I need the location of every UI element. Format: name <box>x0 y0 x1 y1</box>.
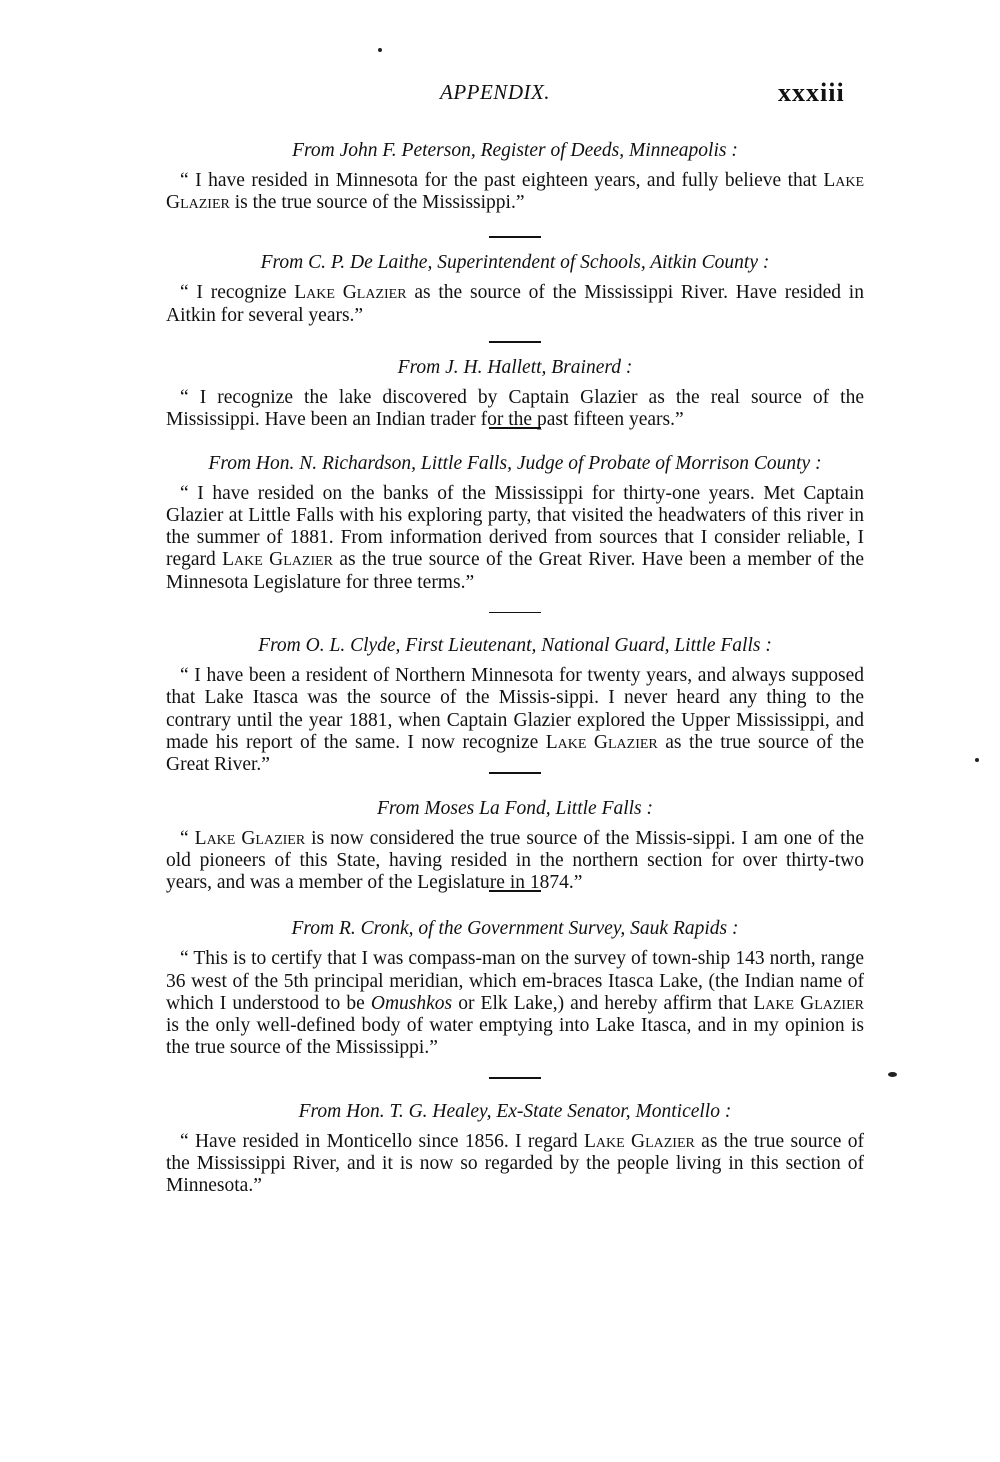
section-divider <box>489 236 541 238</box>
attribution: From Hon. N. Richardson, Little Falls, J… <box>166 453 864 475</box>
quote: “ Have resided in Monticello since 1856.… <box>166 1131 864 1198</box>
quote: “ Lake Glazier is now considered the tru… <box>166 828 864 895</box>
quote: “ I have been a resident of Northern Min… <box>166 665 864 776</box>
print-speck <box>975 758 979 762</box>
testimonial-la-fond: From Moses La Fond, Little Falls : “ Lak… <box>166 798 864 895</box>
quote: “ I have resided in Minnesota for the pa… <box>166 170 864 214</box>
attribution: From R. Cronk, of the Government Survey,… <box>166 918 864 940</box>
appendix-body: From John F. Peterson, Register of Deeds… <box>166 140 864 1197</box>
section-divider <box>489 1077 541 1079</box>
testimonial-richardson: From Hon. N. Richardson, Little Falls, J… <box>166 453 864 594</box>
lake-glazier-smallcaps: Lake Glazier <box>195 828 306 849</box>
print-speck <box>888 1072 897 1077</box>
section-divider <box>489 612 541 614</box>
attribution: From J. H. Hallett, Brainerd : <box>166 357 864 379</box>
testimonial-healey: From Hon. T. G. Healey, Ex-State Senator… <box>166 1101 864 1198</box>
native-name: Omushkos <box>371 993 452 1014</box>
testimonial-peterson: From John F. Peterson, Register of Deeds… <box>166 140 864 214</box>
lake-glazier-smallcaps: Lake Glazier <box>546 732 658 753</box>
section-divider <box>489 341 541 343</box>
attribution: From C. P. De Laithe, Superintendent of … <box>166 252 864 274</box>
section-divider <box>489 772 541 774</box>
quote: “ I have resided on the banks of the Mis… <box>166 483 864 594</box>
running-head: APPENDIX. <box>440 80 550 105</box>
attribution: From Hon. T. G. Healey, Ex-State Senator… <box>166 1101 864 1123</box>
quote: “ This is to certify that I was compass-… <box>166 948 864 1059</box>
page-number: xxxiii <box>778 78 845 108</box>
print-speck <box>378 48 382 52</box>
lake-glazier-smallcaps: Lake Glazier <box>753 993 864 1014</box>
attribution: From O. L. Clyde, First Lieutenant, Nati… <box>166 635 864 657</box>
quote: “ I recognize the lake discovered by Cap… <box>166 387 864 431</box>
lake-glazier-smallcaps: Lake Glazier <box>222 549 333 570</box>
testimonial-hallett: From J. H. Hallett, Brainerd : “ I recog… <box>166 357 864 431</box>
quote: “ I recognize Lake Glazier as the source… <box>166 282 864 326</box>
attribution: From John F. Peterson, Register of Deeds… <box>166 140 864 162</box>
lake-glazier-smallcaps: Lake Glazier <box>294 282 406 303</box>
testimonial-cronk: From R. Cronk, of the Government Survey,… <box>166 918 864 1059</box>
page-header: APPENDIX. xxxiii <box>0 80 1000 110</box>
testimonial-de-laithe: From C. P. De Laithe, Superintendent of … <box>166 252 864 326</box>
attribution: From Moses La Fond, Little Falls : <box>166 798 864 820</box>
lake-glazier-smallcaps: Lake Glazier <box>584 1131 695 1152</box>
testimonial-clyde: From O. L. Clyde, First Lieutenant, Nati… <box>166 635 864 776</box>
